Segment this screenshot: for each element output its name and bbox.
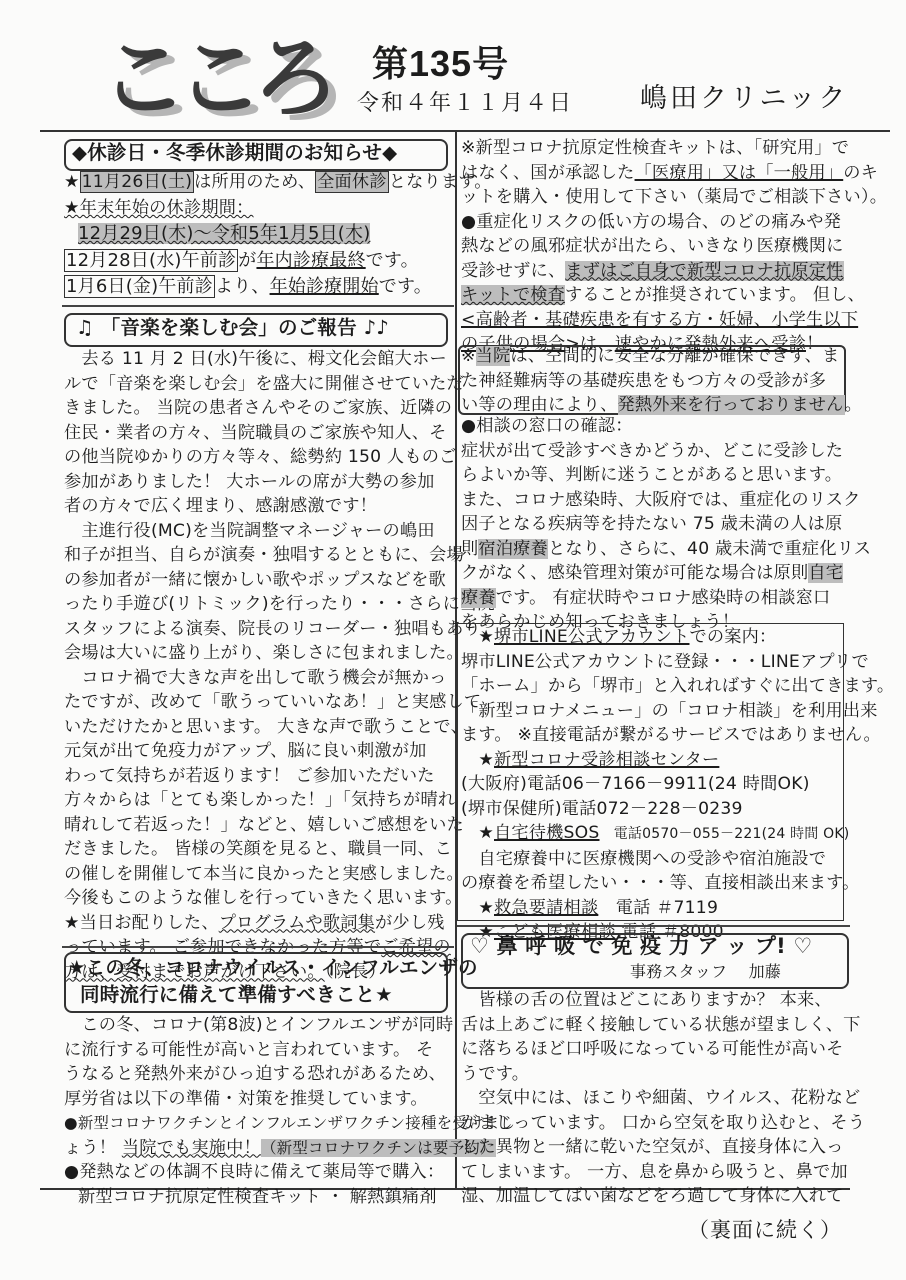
- text-line: 湿、加温してばい菌などをろ過して身体に入れて: [461, 1184, 865, 1209]
- text: です。: [379, 276, 432, 297]
- text: より、: [215, 276, 270, 297]
- text: は所用のため、: [194, 172, 315, 192]
- text-line: うです。: [461, 1062, 865, 1087]
- text-line: の催しを開催して本当に良かったと実感しました。: [64, 862, 498, 887]
- text-line: この冬、コロナ(第8波)とインフルエンザが同時: [64, 1013, 515, 1038]
- clinic-name: 嶋田クリニック: [640, 76, 848, 115]
- text: 受診せずに、: [461, 261, 565, 281]
- full-closure-label: 全面休診: [315, 171, 389, 193]
- closures-line-1: ★11月26日(土)は所用のため、全面休診となります。: [64, 170, 492, 195]
- flu-body: この冬、コロナ(第8波)とインフルエンザが同時 に流行する可能性が高いと言われて…: [64, 1013, 515, 1209]
- text: 年内診療最終: [256, 250, 365, 271]
- text: が: [238, 250, 256, 271]
- phone-sakai: (堺市保健所)電話072－228－0239: [461, 797, 894, 822]
- text-line: ※当院は、空間的に安全な分離が確保できず、ま: [461, 344, 862, 369]
- text-line: ●発熱などの体調不良時に備えて薬局等で購入：: [64, 1160, 515, 1185]
- text: 発熱外来を行っておりません: [618, 395, 845, 415]
- text-line: 熱などの風邪症状が出たら、いきなり医療機関に: [461, 234, 887, 259]
- vaccine-line: ょう！ 当院でも実施中！（新型コロナワクチンは要予約）: [64, 1136, 515, 1161]
- text-line: また、コロナ感染時、大阪府では、重症化のリスク: [461, 488, 871, 513]
- text: 当院: [476, 346, 511, 366]
- music-title: ♫ 「音楽を楽しむ会」のご報告 ♪♪: [76, 316, 389, 341]
- text-line: がまじっています。 口から空気を取り込むと、そう: [461, 1111, 865, 1136]
- text: のキ: [843, 163, 878, 183]
- text-line: ●新型コロナワクチンとインフルエンザワクチン接種を受けまし: [64, 1111, 515, 1136]
- text: ★年末年始の休診期間：: [64, 198, 253, 218]
- logo-char: こ: [176, 35, 260, 123]
- text-line: ★この冬、コロナウイルス・インフルエンザの: [68, 954, 478, 981]
- text-line: 舌は上あごに軽く接触している状態が望ましく、下: [461, 1013, 865, 1038]
- closure-date: 11月26日(土): [80, 171, 195, 193]
- text: が少し残: [375, 913, 445, 933]
- logo-char: ろ: [252, 35, 336, 123]
- text: 療養: [461, 588, 496, 608]
- note-line-1: ★当日お配りした、プログラムや歌詞集が少し残: [64, 911, 498, 936]
- text-line: の療養を希望したい・・・等、直接相談出来ます。: [461, 871, 894, 896]
- text-line: たですが、改めて「歌うっていいなあ！」と実感して: [64, 690, 498, 715]
- hotline-section: ★堺市LINE公式アカウントでの案内： 堺市LINE公式アカウントに登録・・・L…: [461, 625, 894, 945]
- text: はなく、国が承認した: [461, 163, 635, 183]
- issue-date: 令和４年１１月４日: [357, 86, 573, 117]
- issue-number: 第135号: [372, 36, 509, 87]
- last-day-box: 12月28日(水)午前診: [64, 249, 238, 272]
- top-rule: [40, 130, 890, 132]
- text-line: ※新型コロナ抗原定性検査キットは、「研究用」で: [461, 136, 887, 161]
- text: 自宅: [808, 563, 843, 583]
- text-line: 和子が担当、自らが演奏・独唱するとともに、会場: [64, 543, 498, 568]
- text-line: ルで「音楽を楽しむ会」を盛大に開催させていただ: [64, 372, 498, 397]
- text-line: ットを購入・使用して下さい（薬局でご相談下さい）。: [461, 185, 887, 210]
- text: 当院でも実施中！: [122, 1138, 261, 1158]
- text-line: 則宿泊療養となり、さらに、40 歳未満で重症化リス: [461, 537, 871, 562]
- divider: [457, 925, 850, 927]
- text-line: に落ちるほど口呼吸になっている可能性が高いそ: [461, 1037, 865, 1062]
- text: することが推奨されています。 但し、: [565, 285, 865, 305]
- text-line: ★新型コロナ受診相談センター: [461, 748, 894, 773]
- closures-title: ◆休診日・冬季休診期間のお知らせ◆: [72, 141, 397, 166]
- text-line: 堺市LINE公式アカウントに登録・・・LINEアプリで: [461, 650, 894, 675]
- text: 。: [845, 395, 862, 415]
- no-fever-clinic-notice: ※当院は、空間的に安全な分離が確保できず、ま た神経難病等の基礎疾患をもつ方々の…: [461, 344, 862, 418]
- nose-body: 皆様の舌の位置はどこにありますか？ 本来、 舌は上あごに軽く接触している状態が望…: [461, 988, 865, 1209]
- text-line: 自宅療養中に医療機関への受診や宿泊施設で: [461, 847, 894, 872]
- text: プログラムや歌詞集: [219, 913, 375, 933]
- text: まずはご自身で新型コロナ抗原定性: [565, 261, 843, 281]
- text: ょう！: [64, 1138, 122, 1158]
- text-line: た神経難病等の基礎疾患をもつ方々の受診が多: [461, 369, 862, 394]
- text-line: 主進行役(MC)を当院調整マネージャーの嶋田: [64, 519, 498, 544]
- flu-title: ★この冬、コロナウイルス・インフルエンザの 同時流行に備えて準備すべきこと★: [68, 954, 478, 1008]
- closures-line-3: 12月29日(木)～令和5年1月5日(木): [78, 222, 370, 247]
- music-body: 去る 11 月 2 日(水)午後に、栂文化会館大ホー ルで「音楽を楽しむ会」を盛…: [64, 347, 498, 984]
- text: ※: [461, 346, 476, 366]
- star-icon: ★: [461, 898, 494, 918]
- text-line: 空気中には、ほこりや細菌、ウイルス、花粉など: [461, 1086, 865, 1111]
- phone-emergency: 電話 ＃7119: [598, 898, 718, 918]
- text: 堺市LINE公式アカウント: [494, 627, 689, 647]
- text-line: てしまいます。 一方、息を鼻から吸うと、鼻で加: [461, 1160, 865, 1185]
- text: 則: [461, 539, 478, 559]
- text-line: うなると発熱外来がひっ迫する恐れがあるため、: [64, 1062, 515, 1087]
- star-icon: ★: [461, 823, 494, 843]
- text: 救急要請相談: [494, 898, 598, 918]
- text-line: 晴れして若返った！」などと、嬉しいご感想をいた: [64, 813, 498, 838]
- text-line: 受診せずに、まずはご自身で新型コロナ抗原定性: [461, 259, 887, 284]
- text-line: 者の方々で広く埋まり、感謝感激です！: [64, 494, 498, 519]
- phone-sos: 電話0570－055－221(24 時間 OK): [600, 826, 850, 842]
- text-line: らよいか等、判断に迷うことがあると思います。: [461, 463, 871, 488]
- year-end-period: 12月29日(木)～令和5年1月5日(木): [78, 223, 370, 244]
- text-line: 今後もこのような催しを行っていきたく思います。: [64, 886, 498, 911]
- newsletter-logo: こ こ ろ こ こ ろ: [100, 35, 340, 125]
- text-line: 「ホーム」から「堺市」と入れればすぐに出てきます。: [461, 674, 894, 699]
- text-line: 方々からは「とても楽しかった！」「気持ちが晴れ: [64, 788, 498, 813]
- text-line: クがなく、感染管理対策が可能な場合は原則自宅: [461, 561, 871, 586]
- text-line: コロナ禍で大きな声を出して歌う機会が無かっ: [64, 666, 498, 691]
- star-icon: ★: [64, 172, 80, 192]
- text: 年始診療開始: [270, 276, 379, 297]
- text-line: 参加がありました！ 大ホールの席が大勢の参加: [64, 470, 498, 495]
- text: 新型コロナ受診相談センター: [494, 750, 719, 770]
- text: での案内：: [689, 627, 776, 647]
- text-line: 同時流行に備えて準備すべきこと★: [68, 981, 478, 1008]
- text-line: ●重症化リスクの低い方の場合、のどの痛みや発: [461, 210, 887, 235]
- text-line: ●相談の窓口の確認：: [461, 414, 871, 439]
- text: となり、さらに、40 歳未満で重症化リス: [548, 539, 871, 559]
- kit-section: ※新型コロナ抗原定性検査キットは、「研究用」で はなく、国が承認した「医療用」又…: [461, 136, 887, 357]
- divider: [62, 305, 454, 307]
- text: です。 有症状時やコロナ感染時の相談窓口: [496, 588, 831, 608]
- text: 宿泊療養: [478, 539, 548, 559]
- text-line: 元気が出て免疫力がアップ、脳に良い刺激が加: [64, 739, 498, 764]
- text-line: はなく、国が承認した「医療用」又は「一般用」のキ: [461, 161, 887, 186]
- text-line: ったり手遊び(リトミック)を行ったり・・・さらに当院: [64, 592, 498, 617]
- text-line: 住民・業者の方々、当院職員のご家族や知人、そ: [64, 421, 498, 446]
- nose-title: ♡ 鼻 呼 吸 で 免 疫 力 ア ッ プ! ♡: [470, 933, 812, 960]
- text: ★当日お配りした、: [64, 913, 219, 933]
- text-line: ★自宅待機SOS 電話0570－055－221(24 時間 OK): [461, 821, 894, 847]
- text-line: スタッフによる演奏、院長のリコーダー・独唱もあり、: [64, 617, 498, 642]
- continued-on-back: （裏面に続く）: [688, 1214, 842, 1244]
- text-line: 「新型コロナメニュー」の「コロナ相談」を利用出来: [461, 699, 894, 724]
- text-line: 新型コロナ抗原定性検査キット ・ 解熱鎮痛剤: [64, 1185, 515, 1210]
- text-line: いただけたかと思います。 大きな声で歌うことで、: [64, 715, 498, 740]
- text-line: わって気持ちが若返ります！ ご参加いただいた: [64, 764, 498, 789]
- star-icon: ★: [461, 750, 494, 770]
- text-line: だきました。 皆様の笑顔を見ると、職員一同、こ: [64, 837, 498, 862]
- closures-line-4: 12月28日(水)午前診が年内診療最終です。: [64, 249, 419, 274]
- text-line: 因子となる疾病等を持たない 75 歳未満の人は原: [461, 512, 871, 537]
- text: キットで検査: [461, 285, 565, 305]
- text-line: ます。 ※直接電話が繋がるサービスではありません。: [461, 723, 894, 748]
- text: 自宅待機SOS: [494, 823, 600, 843]
- masthead: こ こ ろ こ こ ろ 第135号 令和４年１１月４日 嶋田クリニック: [0, 0, 906, 132]
- text-line: 症状が出て受診すべきかどうか、どこに受診した: [461, 439, 871, 464]
- text-line: <高齢者・基礎疾患を有する方・妊婦、小学生以下: [461, 308, 887, 333]
- text-line: の参加者が一緒に懐かしい歌やポップスなどを歌: [64, 568, 498, 593]
- text-line: した異物と一緒に乾いた空気が、直接身体に入っ: [461, 1135, 865, 1160]
- text: <高齢者・基礎疾患を有する方・妊婦、小学生以下: [461, 310, 858, 330]
- logo-char: こ: [100, 35, 184, 123]
- text-line: 会場は大いに盛り上がり、楽しさに包まれました。: [64, 641, 498, 666]
- star-icon: ★: [461, 627, 494, 647]
- text-line: 皆様の舌の位置はどこにありますか？ 本来、: [461, 988, 865, 1013]
- text-line: ★救急要請相談 電話 ＃7119: [461, 896, 894, 921]
- nose-byline: 事務スタッフ 加藤: [630, 960, 781, 985]
- closures-line-2: ★年末年始の休診期間：: [64, 196, 253, 221]
- phone-osaka: (大阪府)電話06－7166－9911(24 時間OK): [461, 772, 894, 797]
- text-line: 療養です。 有症状時やコロナ感染時の相談窓口: [461, 586, 871, 611]
- text: 「医療用」又は「一般用」: [635, 163, 844, 183]
- divider: [62, 946, 454, 948]
- text: です。: [366, 250, 419, 271]
- closures-line-5: 1月6日(金)午前診より、年始診療開始です。: [64, 275, 432, 300]
- text-line: の他当院ゆかりの方々等々、総勢約 150 人ものご: [64, 445, 498, 470]
- text: い等の理由により、: [461, 395, 618, 415]
- text-line: ★堺市LINE公式アカウントでの案内：: [461, 625, 894, 650]
- text-line: 去る 11 月 2 日(水)午後に、栂文化会館大ホー: [64, 347, 498, 372]
- text: クがなく、感染管理対策が可能な場合は原則: [461, 563, 808, 583]
- consult-section: ●相談の窓口の確認： 症状が出て受診すべきかどうか、どこに受診した らよいか等、…: [461, 414, 871, 635]
- text-line: きました。 当院の患者さんやそのご家族、近隣の: [64, 396, 498, 421]
- text-line: キットで検査することが推奨されています。 但し、: [461, 283, 887, 308]
- text-line: 厚労省は以下の準備・対策を推奨しています。: [64, 1087, 515, 1112]
- text: は、空間的に安全な分離が確保できず、ま: [510, 346, 839, 366]
- first-day-box: 1月6日(金)午前診: [64, 275, 215, 298]
- text-line: に流行する可能性が高いと言われています。 そ: [64, 1038, 515, 1063]
